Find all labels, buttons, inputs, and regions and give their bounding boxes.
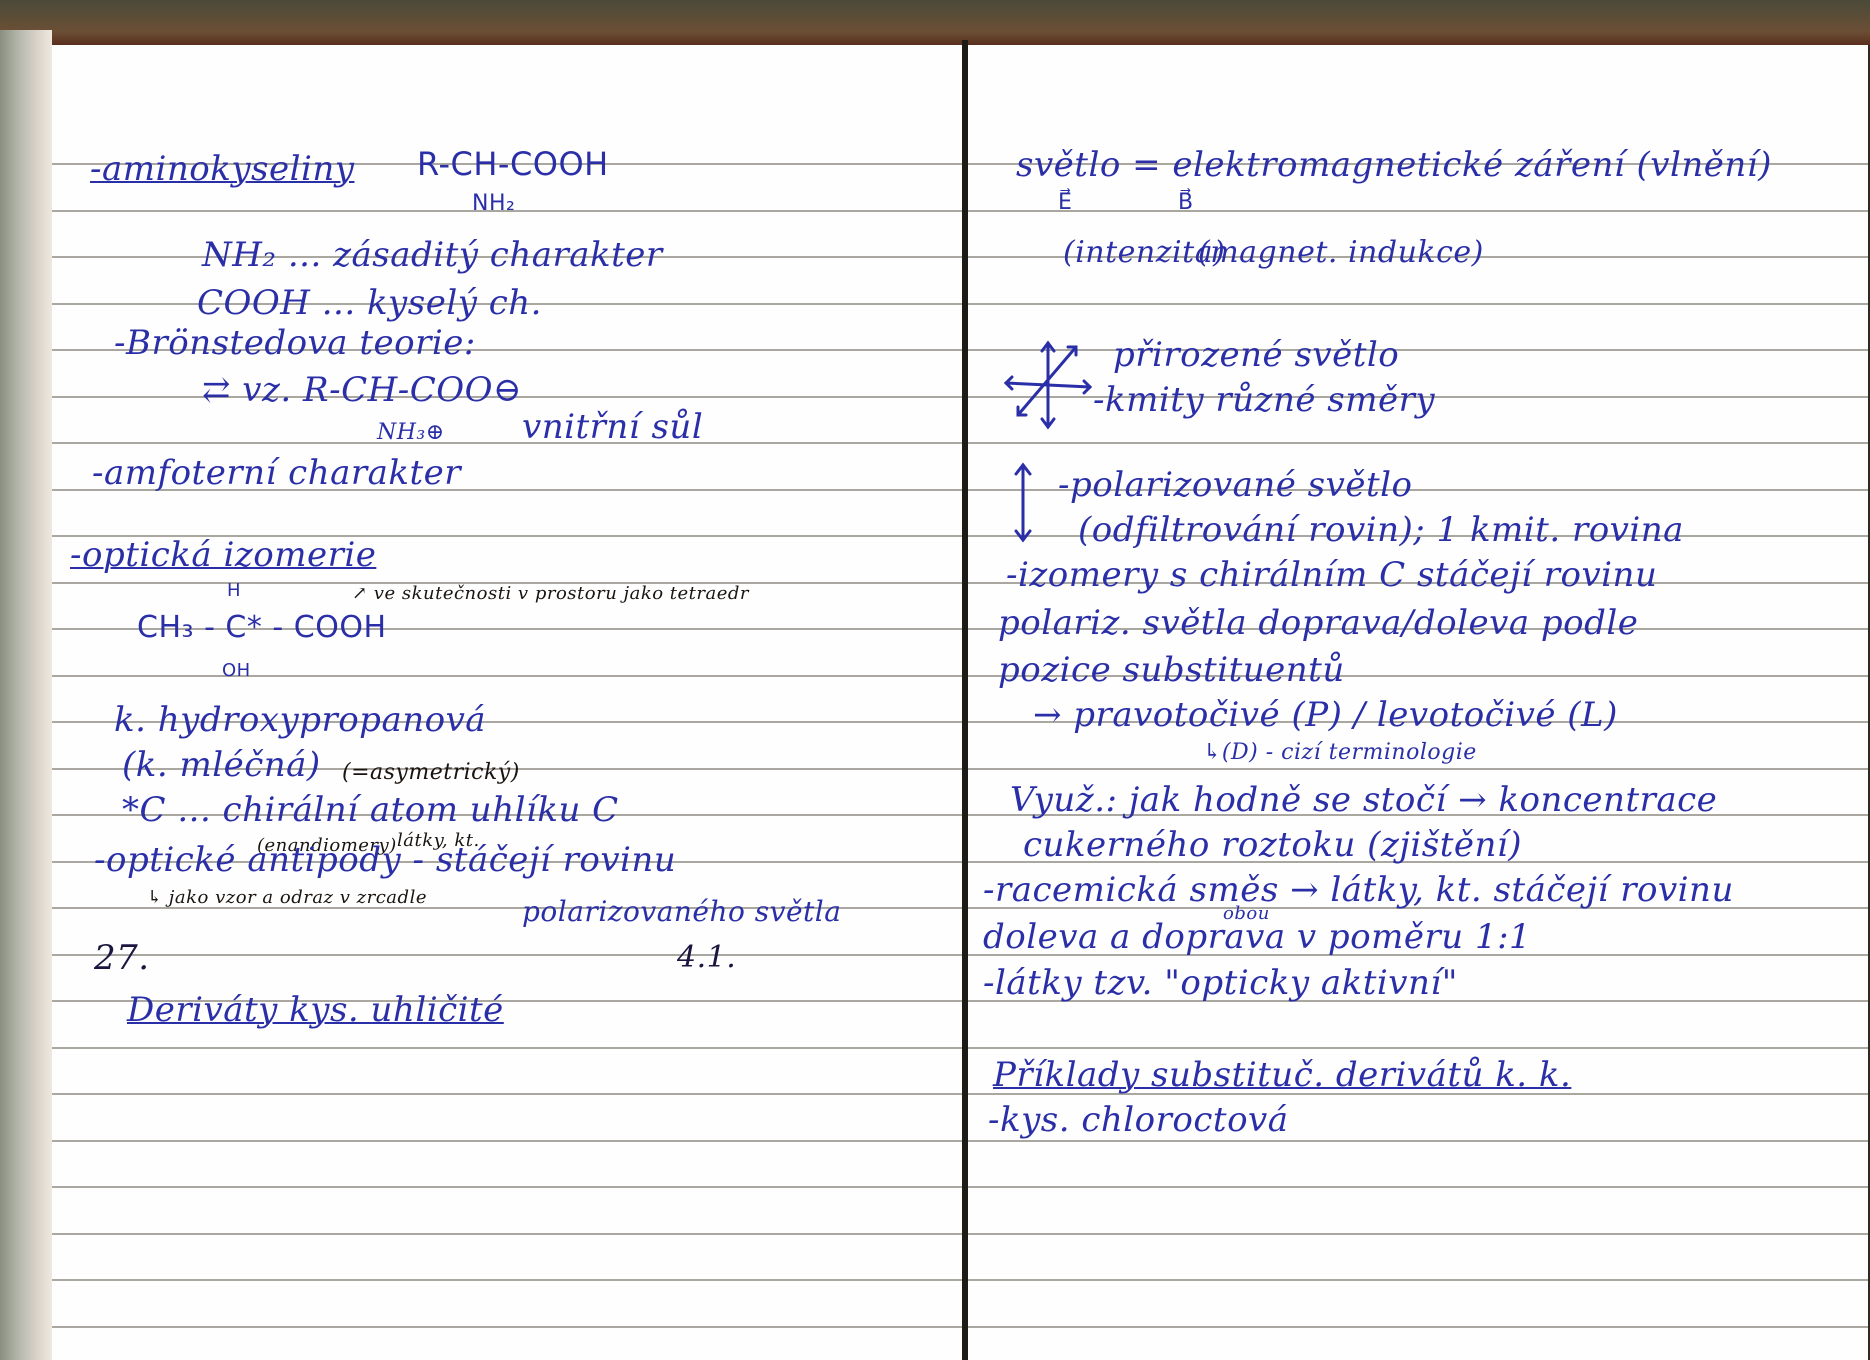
text-nh3-plus: NH₃⊕: [377, 420, 445, 445]
ruled-line: [968, 442, 1868, 444]
text-inactive: -látky tzv. "opticky aktivní": [983, 963, 1458, 1003]
natural-light-arrows-icon: [998, 335, 1098, 435]
ruled-line: [52, 1233, 967, 1235]
text-natural-light: přirozené světlo: [1113, 335, 1399, 375]
ruled-line: [52, 1047, 967, 1049]
formula-amino: R-CH-COOH: [417, 145, 609, 183]
heading-optical-isomerism: -optická izomerie: [70, 535, 376, 575]
lactic-h: H: [227, 580, 241, 601]
note-tetrahedron: ↗ ve skutečnosti v prostoru jako tetraed…: [352, 583, 749, 604]
text-induction: (magnet. indukce): [1198, 235, 1484, 270]
heading-aminokyseliny: -aminokyseliny: [90, 149, 354, 189]
text-substituent-position: pozice substituentů: [998, 650, 1345, 690]
text-equilibrium: ⇄ vz. R-CH-COO⊖: [202, 370, 522, 410]
text-rotation-types: → pravotočivé (P) / levotočivé (L): [1033, 695, 1618, 735]
text-amphoteric: -amfoterní charakter: [92, 453, 461, 493]
polarized-light-arrow-icon: [1008, 460, 1038, 545]
notebook-top-edge: [0, 0, 1870, 45]
ruled-line: [52, 954, 967, 956]
vector-e: E⃗: [1058, 190, 1072, 215]
text-nh2-basic: NH₂ ... zásaditý charakter: [202, 235, 663, 275]
text-racemic: -racemická směs → látky, kt. stáčejí rov…: [983, 870, 1734, 910]
text-usage: Využ.: jak hodně se stočí → koncentrace: [1010, 780, 1717, 820]
ruled-line: [52, 1186, 967, 1188]
ruled-line: [968, 1140, 1868, 1142]
text-lactic-acid: (k. mléčná): [122, 745, 321, 785]
ruled-line: [52, 1093, 967, 1095]
ruled-line: [968, 768, 1868, 770]
note-asymmetric: (=asymetrický): [342, 760, 520, 785]
ruled-line: [52, 442, 967, 444]
ruled-line: [52, 1279, 967, 1281]
text-optical-antipodes: -optické antipody - stáčejí rovinu: [94, 840, 676, 880]
right-page: světlo = elektromagnetické záření (vlněn…: [968, 45, 1870, 1360]
ruled-line: [968, 1186, 1868, 1188]
ruled-line: [968, 1047, 1868, 1049]
left-page: -aminokyseliny R-CH-COOH NH₂ NH₂ ... zás…: [52, 45, 967, 1360]
text-inner-salt: vnitřní sůl: [522, 407, 703, 447]
text-light-definition: světlo = elektromagnetické záření (vlněn…: [1016, 145, 1772, 185]
text-polarized-light: -polarizované světlo: [1058, 465, 1412, 505]
text-sugar-solution: cukerného roztoku (zjištění): [1023, 825, 1522, 865]
heading-carbonic-derivatives: Deriváty kys. uhličité: [127, 990, 504, 1030]
text-ratio: doleva a doprava v poměru 1:1: [983, 917, 1531, 957]
date: 4.1.: [677, 940, 736, 975]
text-polarized-direction: polariz. světla doprava/doleva podle: [998, 603, 1638, 643]
ruled-line: [968, 1326, 1868, 1328]
vector-b: B⃗: [1178, 190, 1194, 215]
ruled-line: [968, 349, 1868, 351]
lactic-oh: OH: [222, 660, 251, 681]
text-filtering: (odfiltrování rovin); 1 kmit. rovina: [1078, 510, 1684, 550]
heading-examples: Příklady substituč. derivátů k. k.: [993, 1055, 1571, 1095]
text-hydroxypropanoic: k. hydroxypropanová: [114, 700, 486, 740]
text-chloroacetic: -kys. chloroctová: [988, 1100, 1289, 1140]
ruled-line: [968, 303, 1868, 305]
text-foreign-terminology: ↳(D) - cizí terminologie: [1203, 740, 1477, 765]
text-various-directions: -kmity různé směry: [1093, 380, 1435, 420]
notebook-binding: [0, 30, 52, 1360]
text-bronsted: -Brönstedova teorie:: [114, 323, 476, 363]
ruled-line: [52, 675, 967, 677]
note-mirror: ↳ jako vzor a odraz v zrcadle: [147, 887, 427, 908]
text-isomers-rotate: -izomery s chirálním C stáčejí rovinu: [1006, 555, 1657, 595]
ruled-line: [968, 1233, 1868, 1235]
text-chiral-atom: *C ... chirální atom uhlíku C: [122, 790, 619, 830]
formula-lactic: CH₃ - C* - COOH: [137, 610, 387, 645]
text-cooh-acid: COOH ... kyselý ch.: [197, 283, 542, 323]
ruled-line: [52, 1326, 967, 1328]
page-number: 27.: [94, 938, 150, 978]
ruled-line: [52, 1140, 967, 1142]
formula-amino-sub: NH₂: [472, 191, 515, 216]
text-polarized-light: polarizovaného světla: [522, 895, 841, 928]
ruled-line: [968, 1279, 1868, 1281]
ruled-line: [968, 210, 1868, 212]
